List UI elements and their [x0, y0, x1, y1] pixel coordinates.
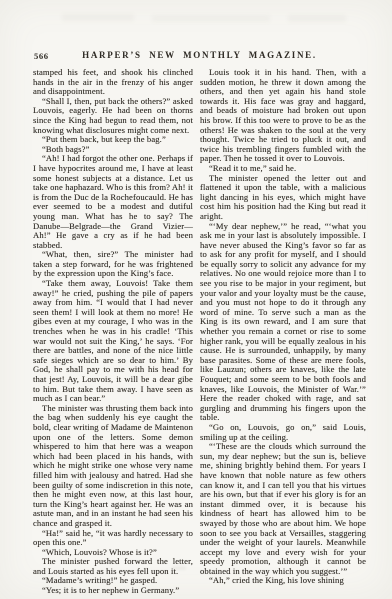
paragraph: “Take them away, Louvois! Take them away…	[33, 279, 193, 404]
paragraph: “Ah! I had forgot the other one. Perhaps…	[33, 154, 193, 250]
paragraph: “Ah,” cried the King, his love shining	[200, 576, 366, 586]
paragraph: “Go on, Louvois, go on,” said Louis, smi…	[200, 423, 366, 442]
bleed-through-artifact	[288, 15, 346, 22]
paragraph: “‘These are the clouds which surround th…	[200, 442, 366, 576]
paragraph: “What, then, sire?” The minister had tak…	[33, 250, 193, 279]
bleed-through-artifact	[152, 15, 270, 22]
paragraph: “Ha!” said he, “it was hardly necessary …	[33, 529, 193, 548]
bleed-through-artifact	[62, 14, 134, 21]
paragraph: stamped his feet, and shook his clinched…	[33, 68, 193, 97]
paragraph: “‘My dear nephew,’” he read, “‘what you …	[200, 222, 366, 423]
page-header: 566 HARPER’S NEW MONTHLY MAGAZINE.	[33, 50, 366, 62]
paragraph: The minister pushed forward the letter, …	[33, 557, 193, 576]
running-title: HARPER’S NEW MONTHLY MAGAZINE.	[33, 50, 366, 60]
paragraph: “Shall I, then, put back the others?” as…	[33, 97, 193, 135]
paragraph: “Yes; it is to her nephew in Germany.”	[33, 586, 193, 596]
right-column: Louis took it in his hand. Then, with a …	[200, 68, 366, 596]
paragraph: The minister opened the letter out and f…	[200, 174, 366, 222]
text-body: stamped his feet, and shook his clinched…	[33, 68, 366, 596]
left-column: stamped his feet, and shook his clinched…	[33, 68, 193, 596]
paragraph: The minister was thrusting them back int…	[33, 404, 193, 529]
magazine-page: 566 HARPER’S NEW MONTHLY MAGAZINE. stamp…	[0, 0, 392, 599]
paragraph: Louis took it in his hand. Then, with a …	[200, 68, 366, 164]
